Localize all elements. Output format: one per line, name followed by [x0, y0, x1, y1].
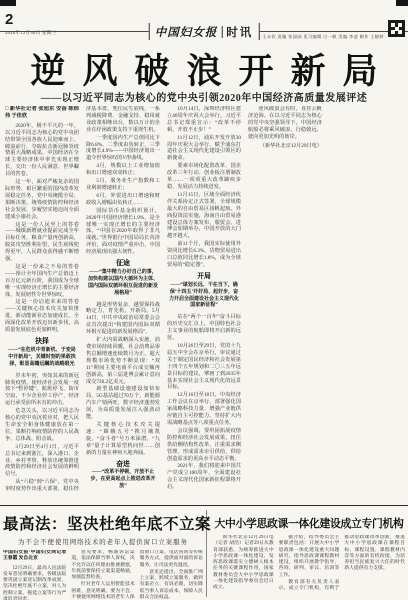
paragraph: 新型基础设施建设加快布局，5G基站超过70万个，新能源汽车产销两旺，数字经济蓬勃… [86, 386, 160, 421]
paragraph: 越是形势复杂，越要保持战略定力，育先机、开新局。5月14日，中共中央政治局常委会… [86, 302, 160, 337]
paragraph: 2021年，我们将迎来中国共产党成立100周年，全面建设社会主义现代化国家新征程… [167, 463, 241, 491]
paragraph: 这是一份来之不易的答卷——预计全年国内生产总值迈上百万亿元新台阶，我国成为全球唯… [5, 264, 79, 299]
paragraph: 前11个月，我国实际使用外资同比增长6.3%，货物贸易进出口总值同比增长1.8%… [167, 241, 241, 269]
paragraph: 这是一份启迪未来的答卷——关键核心技术攻关加快推进，新动能新业态加速成长，全面深… [5, 299, 79, 334]
page-edge-mark-right [396, 0, 408, 6]
article-ideology-course: 大中小学思政课一体化建设成立专门机构 新华社北京12月29日电（记者 胡浩）记者… [213, 510, 405, 597]
issue-date: 2020年12月30日 星期三 [5, 31, 57, 36]
paragraph: 意见要求，畅通诉讼渠道，依法保障当事人诉权，决不允许以任何理由推诿搪塞，年底前要… [71, 550, 134, 581]
editor-credits: 主编 王永钦 责编 张园园 见习编辑 白一帆 美编 李凌 制作 王晓婷 [252, 34, 384, 40]
left-article-body: 中国妇女报·中国妇女网记者王春霞 发自北京12月29日，最高人民法院发布意见明确… [3, 550, 203, 600]
paragraph: 扩大内需战略深入实施，消费市场持续回暖，社会消费品零售总额增速连续数月为正，超大… [86, 337, 160, 385]
masthead: 中国妇女报 时讯 [149, 23, 260, 40]
paragraph: 新华社北京12月29日电（记者 胡浩）记者29日从教育部获悉，为统筹推进大中小学… [213, 535, 274, 592]
paragraph: 关键核心技术攻关提速：“嫦娥五号”携月壤凯旋，“奋斗者”号万米深潜，“九章”量子… [86, 422, 160, 457]
paragraph: 站在“两个一百年”奋斗目标的历史交汇点上，中国特色社会主义事业的航船即将开启新的… [167, 314, 241, 342]
paragraph: 逆风破浪会有时，直挂云帆济沧海。在以习近平同志为核心的党中央坚强领导下，中国经济… [248, 106, 322, 141]
section-quote: ——“谋划长远、干在当下，确保‘十四五’开好局、起好步，奋力开启全面建设社会主义… [169, 283, 239, 311]
paragraph: 6月，外贸进出口增速和财政收入增幅由负转正…… [86, 193, 160, 207]
paragraph: 5月，服务业生产指数和工业利润增速转正； [86, 178, 160, 192]
page-number: 2 [5, 12, 57, 27]
section-head: 征途 [86, 261, 160, 268]
article-byline: 中国妇女报·中国妇女网记者王春霞 发自北京 [3, 550, 66, 563]
section-head: 抉择 [5, 339, 79, 346]
left-article-headline: 最高法：坚决杜绝年底不立案 [3, 512, 203, 534]
section-quote: ——“集中精力办好自己的事，加快构建以国内大循环为主体、国内国际双循环相互促进的… [88, 270, 158, 298]
section-name: 时讯 [226, 24, 253, 40]
bottom-section-rule [0, 505, 408, 506]
qr-code-icon [388, 20, 405, 37]
paragraph: 10月26日至29日，党的十九届五中全会在京举行，审议通过关于制定国民经济和社会… [167, 343, 241, 391]
section-quote: ——“在危机中育新机、于变局中开新局”，关键时刻的果敢抉择，彰显高瞻远瞩的战略眼… [7, 348, 77, 369]
paragraph: 国际货币基金组织预计，2020年中国经济增长1.9%，是全球唯一实现正增长的主要… [86, 208, 160, 256]
paragraph: 这是一份人民至上的答卷——城镇新增就业提前完成全年目标任务，粮食产量再创新高，脱… [5, 222, 79, 263]
article-byline: □ 新华社记者 张旭东 安蓓 陈炜伟 于佳欣 [5, 106, 79, 120]
right-article-headline: 大中小学思政课一体化建设成立专门机构 [213, 516, 405, 531]
paragraph: 4月，规模以上工业增加值和出口增速双双转正； [86, 163, 160, 177]
masthead-divider [221, 26, 222, 38]
date-block: 2 2020年12月30日 星期三 [5, 12, 57, 36]
main-subtitle: ——以习近平同志为核心的党中央引领2020年中国经济高质量发展评述 [0, 89, 408, 104]
paragraph: 2020年，极不平凡的一年。以习近平同志为核心的党中央团结带领全国各族人民迎难而… [5, 123, 79, 178]
paragraph: 要素市场化配置改革、国企改革三年行动、创业板注册制改革……一项项重大改革蹄疾步稳… [167, 163, 241, 191]
paragraph: 危急关头，以习近平同志为核心的党中央沉着应对，把人民生命安全和身体健康放在第一位… [5, 408, 79, 443]
paragraph: 11月15日，区域全面经济伙伴关系协定正式签署，全球规模最大的自由贸易区扬帆起航… [167, 192, 241, 240]
right-article-body: 新华社北京12月29日电（记者 胡浩）记者29日从教育部获悉，为统筹推进大中小学… [213, 535, 405, 597]
section-head: 开局 [167, 274, 241, 281]
paragraph: 一季度国内生产总值同比下降6.8%，二季度由负转正，三季度增长4.9%——中国经… [86, 135, 160, 163]
page-edge-mark-left [0, 0, 16, 6]
paragraph: 3月29日至4月1日，习近平总书记来到浙江，深入港口、企业、乡村考察，释放出统筹… [5, 444, 79, 479]
paragraph: 10月14日，深圳经济特区建立40周年庆祝大会举行。习近平总书记郑重宣示：“改革… [167, 106, 241, 134]
paragraph: 岁末年初，突如其来的新冠肺炎疫情，使经济社会发展一度按下“暂停键”。航班停飞、街… [5, 373, 79, 408]
paragraph: 12月29日，最高人民法院发布意见明确要求，各级法院要巩固立案登记制改革成果，坚… [3, 566, 66, 600]
paragraph: 11月12日，浦东开发开放30周年庆祝大会举行，赋予浦东打造社会主义现代化建设引… [167, 135, 241, 163]
main-article-body: □ 新华社记者 张旭东 安蓓 陈炜伟 于佳欣2020年，极不平凡的一年。以习近平… [5, 106, 403, 498]
main-headline: 逆风破浪开新局 [0, 44, 408, 94]
article-supreme-court: 最高法：坚决杜绝年底不立案 为不会不便使用网络技术的老年人提供窗口立案服务 中国… [3, 510, 203, 600]
paragraph: 据介绍，指导委员会主要职责包括：开展大中小学思政课一体化建设重大问题研究，指导思… [279, 535, 340, 579]
newspaper-name: 中国妇女报 [155, 24, 218, 40]
dateline-note: （新华社北京12月29日电） [248, 143, 322, 150]
section-head: 奋进 [86, 462, 160, 469]
paragraph: 这一年，面对严峻复杂的国际形势、艰巨繁重的国内改革发展稳定任务，党中央统揽全局、… [5, 179, 79, 220]
paragraph: 会议强调，要巩固拓展疫情防控和经济社会发展成果，扭住供给侧结构性改革，注重需求侧… [167, 428, 241, 463]
section-quote: ——“改革不停顿，开放不止步，在更高起点上推进改革开放” [88, 470, 158, 491]
left-article-subtitle: 为不会不便使用网络技术的老年人提供窗口立案服务 [3, 537, 203, 546]
paragraph: 12月16日至18日，中央经济工作会议在京举行，部署强化国家战略科技力量、增强产… [167, 392, 241, 427]
paragraph: 意见还提出，全面推广网上立案、跨域立案服务，做到有案必立、有诉必理，切实降低当事… [140, 570, 203, 600]
